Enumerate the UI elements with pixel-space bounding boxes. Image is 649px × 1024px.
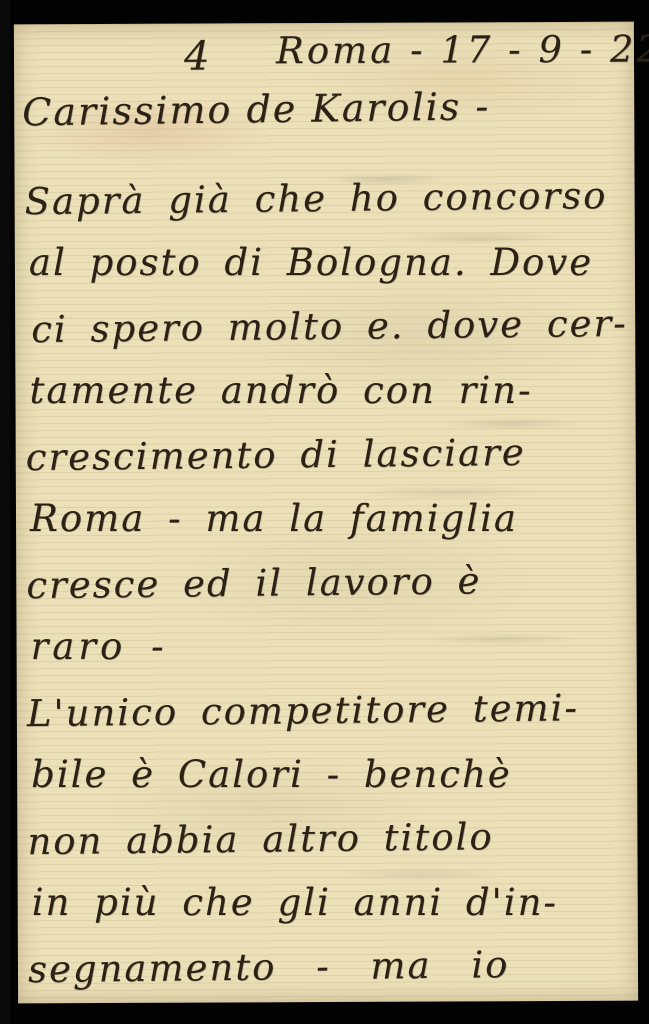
handwritten-line: ci spero molto e. dove cer- — [25, 292, 632, 362]
handwritten-line: raro - — [27, 615, 633, 679]
handwritten-line: crescimento di lasciare — [25, 420, 632, 490]
handwritten-line: Saprà già che ho concorso — [24, 164, 631, 234]
salutation: Carissimo de Karolis - — [22, 84, 490, 134]
handwritten-line: in più che gli anni d'in- — [28, 871, 634, 935]
scan-background: 4 Roma - 17 - 9 - 22 Carissimo de Karoli… — [0, 0, 649, 1024]
handwritten-line: al posto di Bologna. Dove — [25, 231, 631, 295]
handwritten-line: bile è Calori - benchè — [27, 743, 633, 807]
letter-paper: 4 Roma - 17 - 9 - 22 Carissimo de Karoli… — [14, 22, 638, 1004]
page-number: 4 — [184, 34, 210, 80]
letter-body: Saprà già che ho concorso al posto di Bo… — [24, 166, 634, 1001]
handwritten-line: Roma - ma la famiglia — [26, 487, 632, 551]
handwritten-line: tamente andrò con rin- — [25, 359, 631, 423]
handwritten-line: segnamento - ma io — [28, 932, 635, 1002]
dateline: Roma - 17 - 9 - 22 — [276, 28, 649, 73]
handwritten-line: L'unico competitore temi- — [27, 676, 634, 746]
handwritten-line: cresce ed il lavoro è — [26, 548, 633, 618]
handwritten-line: non abbia altro titolo — [27, 804, 634, 874]
